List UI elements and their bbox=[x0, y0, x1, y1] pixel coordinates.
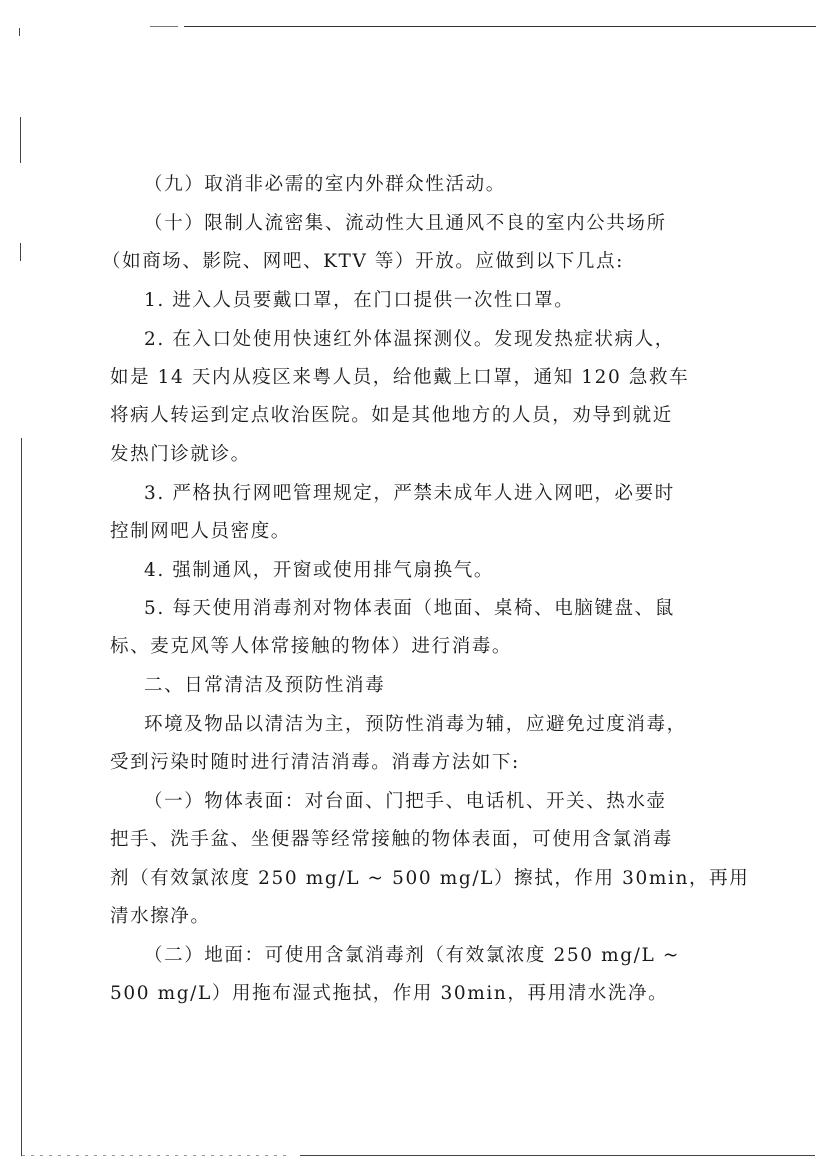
bottom-page-dots bbox=[22, 1155, 292, 1156]
left-margin-mark-small bbox=[20, 243, 21, 261]
paragraph-line: （一）物体表面：对台面、门把手、电话机、开关、热水壶 bbox=[144, 783, 667, 821]
top-page-dashes bbox=[150, 26, 178, 27]
paragraph-line: 受到污染时随时进行清洁消毒。消毒方法如下: bbox=[110, 744, 520, 782]
left-margin-mark bbox=[20, 117, 21, 163]
left-margin-mark-top bbox=[19, 28, 20, 36]
paragraph-line: 标、麦克风等人体常接触的物体）进行消毒。 bbox=[110, 628, 512, 666]
paragraph-line: 3. 严格执行网吧管理规定，严禁未成年人进入网吧，必要时 bbox=[144, 475, 675, 513]
section-heading: 二、日常清洁及预防性消毒 bbox=[144, 667, 385, 705]
paragraph-line: 将病人转运到定点收治医院。如是其他地方的人员，劝导到就近 bbox=[110, 397, 673, 435]
paragraph-line: （十）限制人流密集、流动性大且通风不良的室内公共场所 bbox=[144, 205, 667, 243]
paragraph-line: 如是 14 天内从疫区来粤人员，给他戴上口罩，通知 120 急救车 bbox=[110, 359, 689, 397]
paragraph-line: 4. 强制通风，开窗或使用排气扇换气。 bbox=[144, 552, 494, 590]
bottom-page-rule bbox=[300, 1155, 815, 1156]
paragraph-line: 发热门诊就诊。 bbox=[110, 436, 251, 474]
paragraph-line: （九）取消非必需的室内外群众性活动。 bbox=[144, 166, 506, 204]
paragraph-line: （二）地面：可使用含氯消毒剂（有效氯浓度 250 mg/L ~ bbox=[144, 937, 680, 975]
paragraph-line: 环境及物品以清洁为主，预防性消毒为辅，应避免过度消毒， bbox=[144, 706, 687, 744]
left-binding-line bbox=[21, 438, 22, 1156]
paragraph-line: 把手、洗手盆、坐便器等经常接触的物体表面，可使用含氯消毒 bbox=[110, 821, 673, 859]
top-page-rule bbox=[184, 26, 816, 27]
paragraph-line: 控制网吧人员密度。 bbox=[110, 513, 291, 551]
paragraph-line: 清水擦净。 bbox=[110, 898, 211, 936]
paragraph-line: 1. 进入人员要戴口罩，在门口提供一次性口罩。 bbox=[144, 282, 574, 320]
paragraph-line: （如商场、影院、网吧、KTV 等）开放。应做到以下几点: bbox=[102, 243, 624, 281]
paragraph-line: 2. 在入口处使用快速红外体温探测仪。发现发热症状病人， bbox=[144, 321, 675, 359]
paragraph-line: 剂（有效氯浓度 250 mg/L ~ 500 mg/L）擦拭，作用 30min，… bbox=[110, 860, 749, 898]
paragraph-line: 500 mg/L）用拖布湿式拖拭，作用 30min，再用清水洗净。 bbox=[110, 975, 668, 1013]
paragraph-line: 5. 每天使用消毒剂对物体表面（地面、桌椅、电脑键盘、鼠 bbox=[144, 590, 675, 628]
